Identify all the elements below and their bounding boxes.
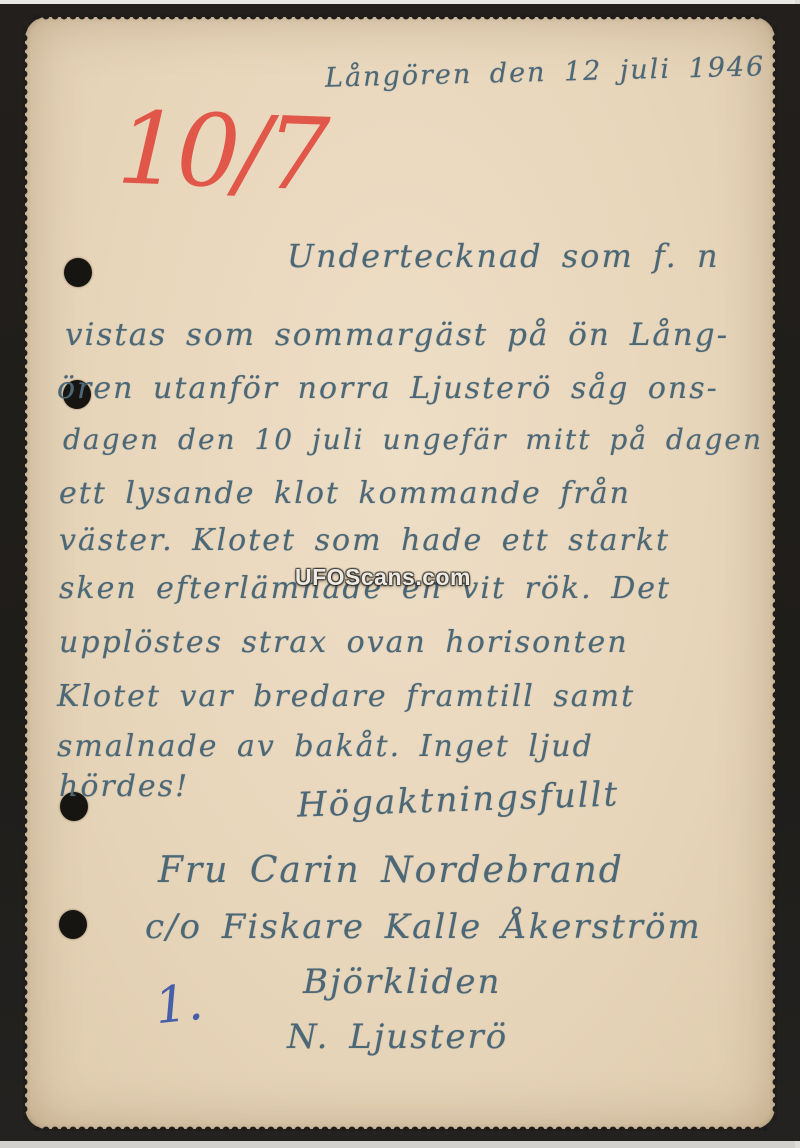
signature-line: Fru Carin Nordebrand: [158, 850, 624, 891]
handwritten-line: vistas som sommargäst på ön Lång-: [65, 317, 729, 353]
signature-line: N. Ljusterö: [287, 1017, 508, 1057]
archive-mark-red: 10/7: [115, 93, 327, 210]
punch-hole: [59, 910, 87, 939]
archive-mark-blue: 1.: [152, 973, 206, 1036]
handwritten-line: ett lysande klot kommande från: [59, 476, 631, 511]
handwritten-line: Klotet var bredare framtill samt: [57, 679, 635, 714]
scan-background: 10/7 1. Långören den 12 juli 1946 Undert…: [0, 4, 800, 1141]
closing-line: Högaktningsfullt: [296, 774, 619, 825]
signature-line: Björkliden: [303, 962, 501, 1002]
handwritten-line: upplöstes strax ovan horisonten: [59, 625, 629, 660]
scan-edge-bottom: [0, 1141, 800, 1148]
handwritten-line: dagen den 10 juli ungefär mitt på dagen: [63, 423, 763, 456]
perforated-edge-top: [33, 15, 767, 23]
handwritten-line: ören utanför norra Ljusterö såg ons-: [57, 371, 719, 406]
date-line: Långören den 12 juli 1946: [325, 51, 766, 94]
perforated-edge-right: [769, 25, 777, 1121]
signature-line: c/o Fiskare Kalle Åkerström: [145, 907, 702, 947]
handwritten-line: väster. Klotet som hade ett starkt: [59, 523, 670, 558]
handwritten-line: Undertecknad som f. n: [287, 237, 720, 275]
perforated-edge-left: [23, 25, 31, 1121]
handwritten-line: hördes!: [59, 769, 189, 804]
punch-hole: [64, 258, 92, 287]
letter-card-paper: 10/7 1. Långören den 12 juli 1946 Undert…: [25, 17, 775, 1129]
watermark: UFOScans.com: [295, 564, 471, 591]
handwritten-line: smalnade av bakåt. Inget ljud: [57, 729, 594, 764]
perforated-edge-bottom: [33, 1123, 767, 1131]
